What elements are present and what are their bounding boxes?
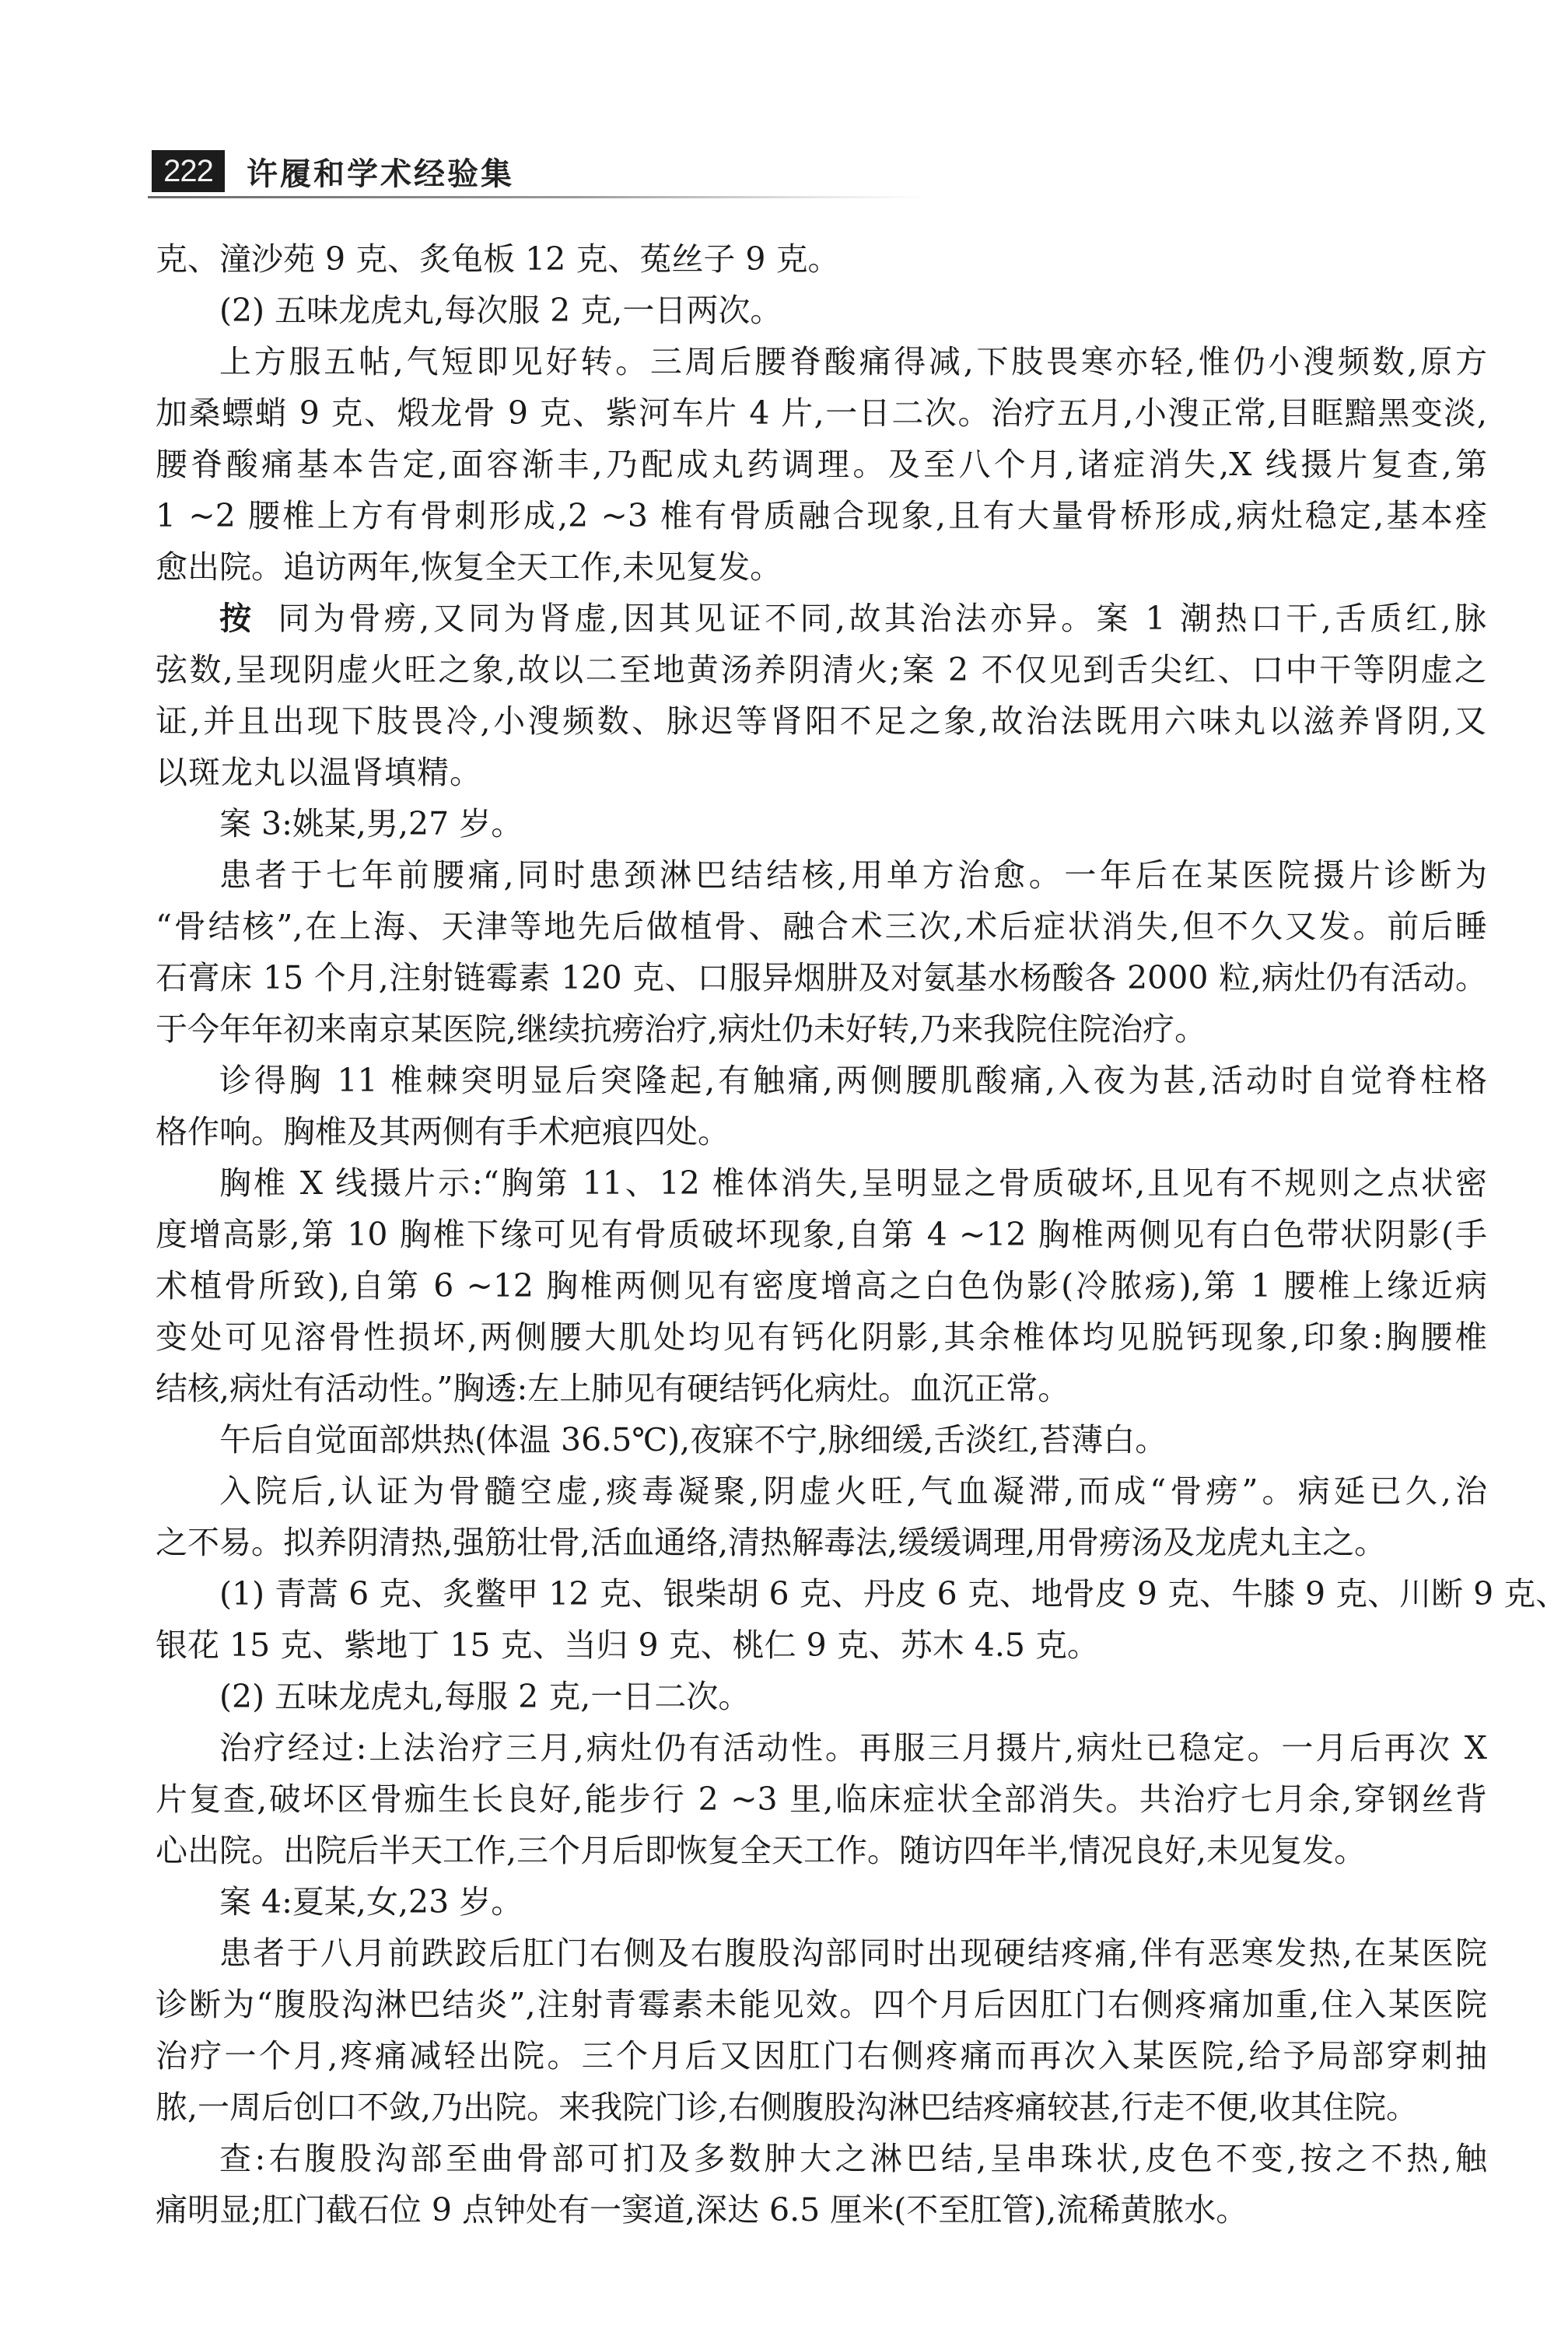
line-text: 患者于八月前跌跤后肛门右侧及右腹股沟部同时出现硬结疼痛,伴有恶寒发热,在某医院 [219, 1935, 1487, 1972]
text-line: 按同为骨痨,又同为肾虚,因其见证不同,故其治法亦异。案 1 潮热口干,舌质红,脉 [156, 593, 1487, 644]
header-rule [148, 196, 926, 198]
text-line: (2) 五味龙虎丸,每服 2 克,一日二次。 [156, 1671, 1487, 1722]
line-text: 1 ~2 腰椎上方有骨刺形成,2 ~3 椎有骨质融合现象,且有大量骨桥形成,病灶… [156, 497, 1487, 534]
paragraph-p3: 上方服五帖,气短即见好转。三周后腰脊酸痛得减,下肢畏寒亦轻,惟仍小溲频数,原方加… [156, 336, 1487, 593]
note-label: 按 [219, 600, 254, 637]
line-text: 度增高影,第 10 胸椎下缘可见有骨质破坏现象,自第 4 ~12 胸椎两侧见有白… [156, 1216, 1487, 1253]
text-line: 痛明显;肛门截石位 9 点钟处有一窦道,深达 6.5 厘米(不至肛管),流稀黄脓… [156, 2184, 1487, 2236]
line-text: 石膏床 15 个月,注射链霉素 120 克、口服异烟肼及对氨基水杨酸各 2000… [156, 959, 1487, 996]
text-line: 加桑螵蛸 9 克、煅龙骨 9 克、紫河车片 4 片,一日二次。治疗五月,小溲正常… [156, 387, 1487, 439]
line-text: 查:右腹股沟部至曲骨部可扪及多数肿大之淋巴结,呈串珠状,皮色不变,按之不热,触 [219, 2140, 1487, 2177]
line-text: 入院后,认证为骨髓空虚,痰毒凝聚,阴虚火旺,气血凝滞,而成“骨痨”。病延已久,治 [219, 1472, 1487, 1510]
line-text: (2) 五味龙虎丸,每服 2 克,一日二次。 [219, 1678, 750, 1715]
text-line: 变处可见溶骨性损坏,两侧腰大肌处均见有钙化阴影,其余椎体均见脱钙现象,印象:胸腰… [156, 1311, 1487, 1363]
line-text: 愈出院。追访两年,恢复全天工作,未见复发。 [156, 548, 782, 586]
text-line: 午后自觉面部烘热(体温 36.5℃),夜寐不宁,脉细缓,舌淡红,苔薄白。 [156, 1414, 1487, 1465]
text-line: 心出院。出院后半天工作,三个月后即恢复全天工作。随访四年半,情况良好,未见复发。 [156, 1825, 1487, 1876]
line-text: 案 3:姚某,男,27 岁。 [219, 805, 523, 842]
text-line: 愈出院。追访两年,恢复全天工作,未见复发。 [156, 541, 1487, 593]
line-text: 于今年年初来南京某医院,继续抗痨治疗,病灶仍未好转,乃来我院住院治疗。 [156, 1010, 1206, 1048]
line-text: 克、潼沙苑 9 克、炙龟板 12 克、菟丝子 9 克。 [156, 240, 840, 278]
text-line: 克、潼沙苑 9 克、炙龟板 12 克、菟丝子 9 克。 [156, 233, 1487, 285]
book-title: 许履和学术经验集 [247, 149, 514, 194]
line-text: 脓,一周后创口不敛,乃出院。来我院门诊,右侧腹股沟淋巴结疼痛较甚,行走不便,收其… [156, 2089, 1418, 2126]
paragraph-case3-rx2: (2) 五味龙虎丸,每服 2 克,一日二次。 [156, 1671, 1487, 1722]
line-text: 案 4:夏某,女,23 岁。 [219, 1883, 523, 1921]
line-text: 片复查,破坏区骨痂生长良好,能步行 2 ~3 里,临床症状全部消失。共治疗七月余… [156, 1781, 1487, 1818]
paragraph-case3-diagnosis: 入院后,认证为骨髓空虚,痰毒凝聚,阴虚火旺,气血凝滞,而成“骨痨”。病延已久,治… [156, 1465, 1487, 1568]
running-header: 222 许履和学术经验集 [152, 150, 514, 192]
text-line: 1 ~2 腰椎上方有骨刺形成,2 ~3 椎有骨质融合现象,且有大量骨桥形成,病灶… [156, 490, 1487, 541]
text-line: 弦数,呈现阴虚火旺之象,故以二至地黄汤养阴清火;案 2 不仅见到舌尖红、口中干等… [156, 644, 1487, 695]
line-text: (2) 五味龙虎丸,每次服 2 克,一日两次。 [219, 292, 782, 329]
text-line: 之不易。拟养阴清热,强筋壮骨,活血通络,清热解毒法,缓缓调理,用骨痨汤及龙虎丸主… [156, 1517, 1487, 1568]
paragraph-case3-exam: 诊得胸 11 椎棘突明显后突隆起,有触痛,两侧腰肌酸痛,入夜为甚,活动时自觉脊柱… [156, 1055, 1487, 1157]
line-text: 之不易。拟养阴清热,强筋壮骨,活血通络,清热解毒法,缓缓调理,用骨痨汤及龙虎丸主… [156, 1524, 1386, 1561]
paragraph-case3-xray: 胸椎 X 线摄片示:“胸第 11、12 椎体消失,呈明显之骨质破坏,且见有不规则… [156, 1157, 1487, 1414]
paragraph-case3-course: 治疗经过:上法治疗三月,病灶仍有活动性。再服三月摄片,病灶已稳定。一月后再次 X… [156, 1722, 1487, 1876]
line-text: 心出院。出院后半天工作,三个月后即恢复全天工作。随访四年半,情况良好,未见复发。 [156, 1832, 1366, 1869]
line-text: 治疗经过:上法治疗三月,病灶仍有活动性。再服三月摄片,病灶已稳定。一月后再次 X [219, 1729, 1487, 1767]
text-line: 诊得胸 11 椎棘突明显后突隆起,有触痛,两侧腰肌酸痛,入夜为甚,活动时自觉脊柱… [156, 1055, 1487, 1106]
line-text: 胸椎 X 线摄片示:“胸第 11、12 椎体消失,呈明显之骨质破坏,且见有不规则… [219, 1164, 1487, 1202]
text-line: 脓,一周后创口不敛,乃出院。来我院门诊,右侧腹股沟淋巴结疼痛较甚,行走不便,收其… [156, 2082, 1487, 2133]
line-text: 诊断为“腹股沟淋巴结炎”,注射青霉素未能见效。四个月后因肛门右侧疼痛加重,住入某… [156, 1986, 1487, 2023]
paragraph-case4-title: 案 4:夏某,女,23 岁。 [156, 1876, 1487, 1928]
line-text: 加桑螵蛸 9 克、煅龙骨 9 克、紫河车片 4 片,一日二次。治疗五月,小溲正常… [156, 394, 1487, 432]
paragraph-note: 按同为骨痨,又同为肾虚,因其见证不同,故其治法亦异。案 1 潮热口干,舌质红,脉… [156, 593, 1487, 798]
text-line: 患者于八月前跌跤后肛门右侧及右腹股沟部同时出现硬结疼痛,伴有恶寒发热,在某医院 [156, 1928, 1487, 1979]
text-line: 胸椎 X 线摄片示:“胸第 11、12 椎体消失,呈明显之骨质破坏,且见有不规则… [156, 1157, 1487, 1209]
text-line: (1) 青蒿 6 克、炙鳖甲 12 克、银柴胡 6 克、丹皮 6 克、地骨皮 9… [156, 1568, 1487, 1619]
paragraph-case3-title: 案 3:姚某,男,27 岁。 [156, 798, 1487, 849]
text-line: 查:右腹股沟部至曲骨部可扪及多数肿大之淋巴结,呈串珠状,皮色不变,按之不热,触 [156, 2133, 1487, 2184]
line-text: 痛明显;肛门截石位 9 点钟处有一窦道,深达 6.5 厘米(不至肛管),流稀黄脓… [156, 2191, 1248, 2229]
line-text: 证,并且出现下肢畏冷,小溲频数、脉迟等肾阳不足之象,故治法既用六味丸以滋养肾阴,… [156, 702, 1487, 740]
line-text: 患者于七年前腰痛,同时患颈淋巴结结核,用单方治愈。一年后在某医院摄片诊断为 [219, 856, 1487, 894]
page-number: 222 [152, 150, 225, 192]
text-line: “骨结核”,在上海、天津等地先后做植骨、融合术三次,术后症状消失,但不久又发。前… [156, 901, 1487, 952]
text-line: 于今年年初来南京某医院,继续抗痨治疗,病灶仍未好转,乃来我院住院治疗。 [156, 1003, 1487, 1055]
text-line: (2) 五味龙虎丸,每次服 2 克,一日两次。 [156, 285, 1487, 336]
text-line: 格作响。胸椎及其两侧有手术疤痕四处。 [156, 1106, 1487, 1157]
text-line: 以斑龙丸以温肾填精。 [156, 747, 1487, 798]
line-text: 格作响。胸椎及其两侧有手术疤痕四处。 [156, 1113, 730, 1150]
line-text: 弦数,呈现阴虚火旺之象,故以二至地黄汤养阴清火;案 2 不仅见到舌尖红、口中干等… [156, 651, 1487, 688]
text-line: 石膏床 15 个月,注射链霉素 120 克、口服异烟肼及对氨基水杨酸各 2000… [156, 952, 1487, 1003]
text-line: 银花 15 克、紫地丁 15 克、当归 9 克、桃仁 9 克、苏木 4.5 克。 [156, 1619, 1487, 1671]
line-text: “骨结核”,在上海、天津等地先后做植骨、融合术三次,术后症状消失,但不久又发。前… [156, 908, 1487, 945]
line-text: 术植骨所致),自第 6 ~12 胸椎两侧见有密度增高之白色伪影(冷脓疡),第 1… [156, 1267, 1487, 1304]
line-text: 结核,病灶有活动性。”胸透:左上肺见有硬结钙化病灶。血沉正常。 [156, 1370, 1069, 1407]
text-line: 患者于七年前腰痛,同时患颈淋巴结结核,用单方治愈。一年后在某医院摄片诊断为 [156, 849, 1487, 901]
text-line: 入院后,认证为骨髓空虚,痰毒凝聚,阴虚火旺,气血凝滞,而成“骨痨”。病延已久,治 [156, 1465, 1487, 1517]
line-text: 上方服五帖,气短即见好转。三周后腰脊酸痛得减,下肢畏寒亦轻,惟仍小溲频数,原方 [219, 343, 1487, 380]
line-text: 腰脊酸痛基本告定,面容渐丰,乃配成丸药调理。及至八个月,诸症消失,X 线摄片复查… [156, 446, 1487, 483]
line-text: 变处可见溶骨性损坏,两侧腰大肌处均见有钙化阴影,其余椎体均见脱钙现象,印象:胸腰… [156, 1318, 1487, 1356]
text-line: 诊断为“腹股沟淋巴结炎”,注射青霉素未能见效。四个月后因肛门右侧疼痛加重,住入某… [156, 1979, 1487, 2030]
text-line: 腰脊酸痛基本告定,面容渐丰,乃配成丸药调理。及至八个月,诸症消失,X 线摄片复查… [156, 439, 1487, 490]
text-line: 术植骨所致),自第 6 ~12 胸椎两侧见有密度增高之白色伪影(冷脓疡),第 1… [156, 1260, 1487, 1311]
text-line: 治疗一个月,疼痛减轻出院。三个月后又因肛门右侧疼痛而再次入某医院,给予局部穿刺抽 [156, 2030, 1487, 2082]
line-text: 银花 15 克、紫地丁 15 克、当归 9 克、桃仁 9 克、苏木 4.5 克。 [156, 1626, 1099, 1664]
text-line: 上方服五帖,气短即见好转。三周后腰脊酸痛得减,下肢畏寒亦轻,惟仍小溲频数,原方 [156, 336, 1487, 387]
paragraph-case3-rx1: (1) 青蒿 6 克、炙鳖甲 12 克、银柴胡 6 克、丹皮 6 克、地骨皮 9… [156, 1568, 1487, 1671]
text-line: 证,并且出现下肢畏冷,小溲频数、脉迟等肾阳不足之象,故治法既用六味丸以滋养肾阴,… [156, 695, 1487, 747]
paragraph-case3-symptoms: 午后自觉面部烘热(体温 36.5℃),夜寐不宁,脉细缓,舌淡红,苔薄白。 [156, 1414, 1487, 1465]
line-text: 以斑龙丸以温肾填精。 [156, 754, 482, 791]
paragraph-case3-history: 患者于七年前腰痛,同时患颈淋巴结结核,用单方治愈。一年后在某医院摄片诊断为“骨结… [156, 849, 1487, 1055]
body-text: 克、潼沙苑 9 克、炙龟板 12 克、菟丝子 9 克。(2) 五味龙虎丸,每次服… [156, 233, 1487, 2236]
line-text: 午后自觉面部烘热(体温 36.5℃),夜寐不宁,脉细缓,舌淡红,苔薄白。 [219, 1421, 1167, 1458]
line-text: (1) 青蒿 6 克、炙鳖甲 12 克、银柴胡 6 克、丹皮 6 克、地骨皮 9… [219, 1575, 1567, 1612]
text-line: 片复查,破坏区骨痂生长良好,能步行 2 ~3 里,临床症状全部消失。共治疗七月余… [156, 1774, 1487, 1825]
text-line: 治疗经过:上法治疗三月,病灶仍有活动性。再服三月摄片,病灶已稳定。一月后再次 X [156, 1722, 1487, 1774]
paragraph-p2: (2) 五味龙虎丸,每次服 2 克,一日两次。 [156, 285, 1487, 336]
text-line: 度增高影,第 10 胸椎下缘可见有骨质破坏现象,自第 4 ~12 胸椎两侧见有白… [156, 1209, 1487, 1260]
text-line: 案 3:姚某,男,27 岁。 [156, 798, 1487, 849]
text-line: 结核,病灶有活动性。”胸透:左上肺见有硬结钙化病灶。血沉正常。 [156, 1363, 1487, 1414]
text-line: 案 4:夏某,女,23 岁。 [156, 1876, 1487, 1928]
paragraph-p1: 克、潼沙苑 9 克、炙龟板 12 克、菟丝子 9 克。 [156, 233, 1487, 285]
line-text: 同为骨痨,又同为肾虚,因其见证不同,故其治法亦异。案 1 潮热口干,舌质红,脉 [278, 600, 1487, 637]
line-text: 治疗一个月,疼痛减轻出院。三个月后又因肛门右侧疼痛而再次入某医院,给予局部穿刺抽 [156, 2037, 1487, 2075]
paragraph-case4-exam: 查:右腹股沟部至曲骨部可扪及多数肿大之淋巴结,呈串珠状,皮色不变,按之不热,触痛… [156, 2133, 1487, 2236]
line-text: 诊得胸 11 椎棘突明显后突隆起,有触痛,两侧腰肌酸痛,入夜为甚,活动时自觉脊柱… [219, 1062, 1487, 1099]
paragraph-case4-history: 患者于八月前跌跤后肛门右侧及右腹股沟部同时出现硬结疼痛,伴有恶寒发热,在某医院诊… [156, 1928, 1487, 2133]
